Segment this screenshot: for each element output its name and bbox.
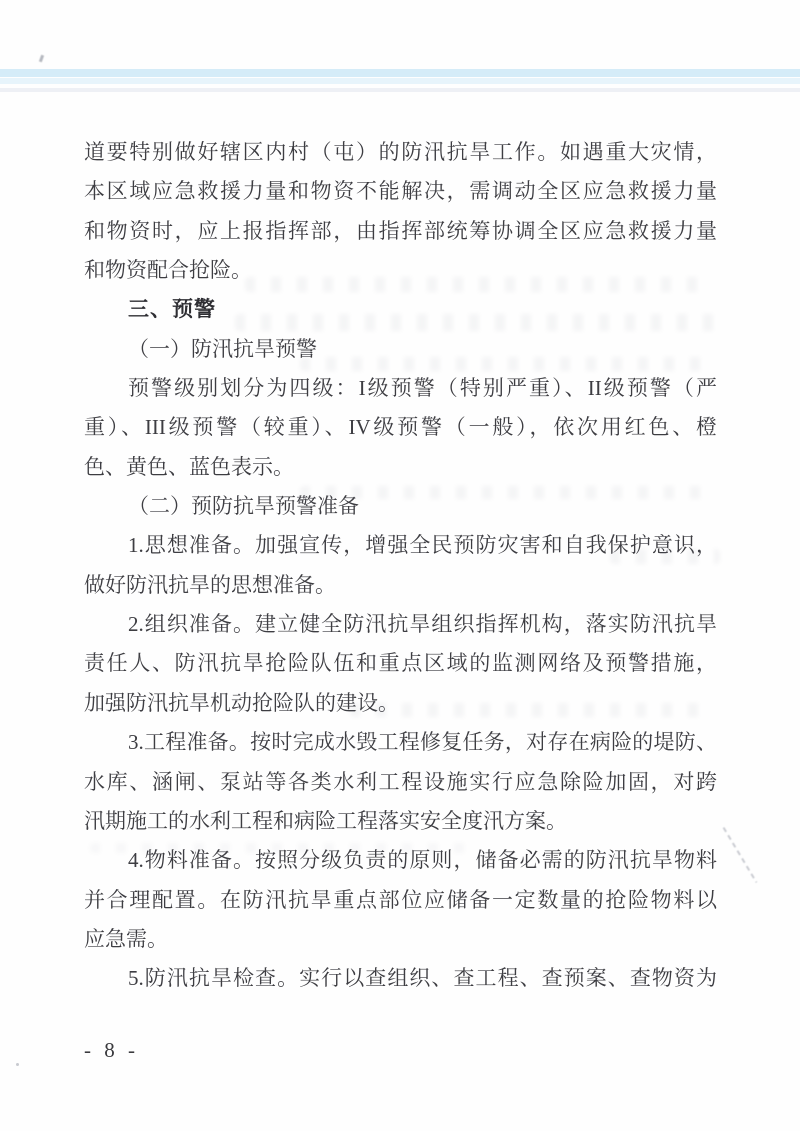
divider-stripe-3	[0, 88, 800, 92]
text-line: 并合理配置。在防汛抗旱重点部位应储备一定数量的抢险物料以	[84, 881, 717, 920]
document-text: 道要特别做好辖区内村（屯）的防汛抗旱工作。如遇重大灾情，本区域应急救援力量和物资…	[84, 133, 717, 999]
text-line: 5.防汛抗旱检查。实行以查组织、查工程、查预案、查物资为	[84, 959, 717, 998]
scan-bleedthrough-artifact	[300, 357, 712, 371]
divider-stripe-1	[0, 69, 800, 77]
letterhead-divider	[0, 0, 800, 100]
scan-bleedthrough-artifact	[300, 486, 712, 499]
text-line: 做好防汛抗旱的思想准备。	[84, 566, 717, 605]
text-line: 汛期施工的水利工程和病险工程落实安全度汛方案。	[84, 802, 717, 841]
text-line: 道要特别做好辖区内村（屯）的防汛抗旱工作。如遇重大灾情，	[84, 133, 717, 172]
divider-stripe-2	[0, 78, 800, 84]
scan-scratch-mark	[723, 827, 758, 883]
text-line: 和物资时，应上报指挥部，由指挥部统筹协调全区应急救援力量	[84, 212, 717, 251]
page-number: - 8 -	[84, 1038, 139, 1063]
text-line: 责任人、防汛抗旱抢险队伍和重点区域的监测网络及预警措施，	[84, 644, 717, 683]
text-line: 3.工程准备。按时完成水毁工程修复任务，对存在病险的堤防、	[84, 723, 717, 762]
text-line: 本区域应急救援力量和物资不能解决，需调动全区应急救援力量	[84, 172, 717, 211]
scanned-document-page: 道要特别做好辖区内村（屯）的防汛抗旱工作。如遇重大灾情，本区域应急救援力量和物资…	[0, 0, 800, 1131]
text-line: 色、黄色、蓝色表示。	[84, 448, 717, 487]
text-line: 应急需。	[84, 920, 717, 959]
scan-speck	[16, 1063, 19, 1066]
scan-bleedthrough-artifact	[245, 277, 713, 292]
text-line: 预警级别划分为四级：I级预警（特别严重）、II级预警（严	[84, 369, 717, 408]
scan-bleedthrough-artifact	[350, 703, 712, 717]
scan-bleedthrough-artifact	[90, 843, 470, 853]
scan-bleedthrough-artifact	[610, 549, 720, 564]
scan-bleedthrough-artifact	[235, 314, 715, 331]
text-line: 2.组织准备。建立健全防汛抗旱组织指挥机构，落实防汛抗旱	[84, 605, 717, 644]
text-line: 水库、涵闸、泵站等各类水利工程设施实行应急除险加固，对跨	[84, 763, 717, 802]
text-line: 重）、III级预警（较重）、IV级预警（一般），依次用红色、橙	[84, 408, 717, 447]
